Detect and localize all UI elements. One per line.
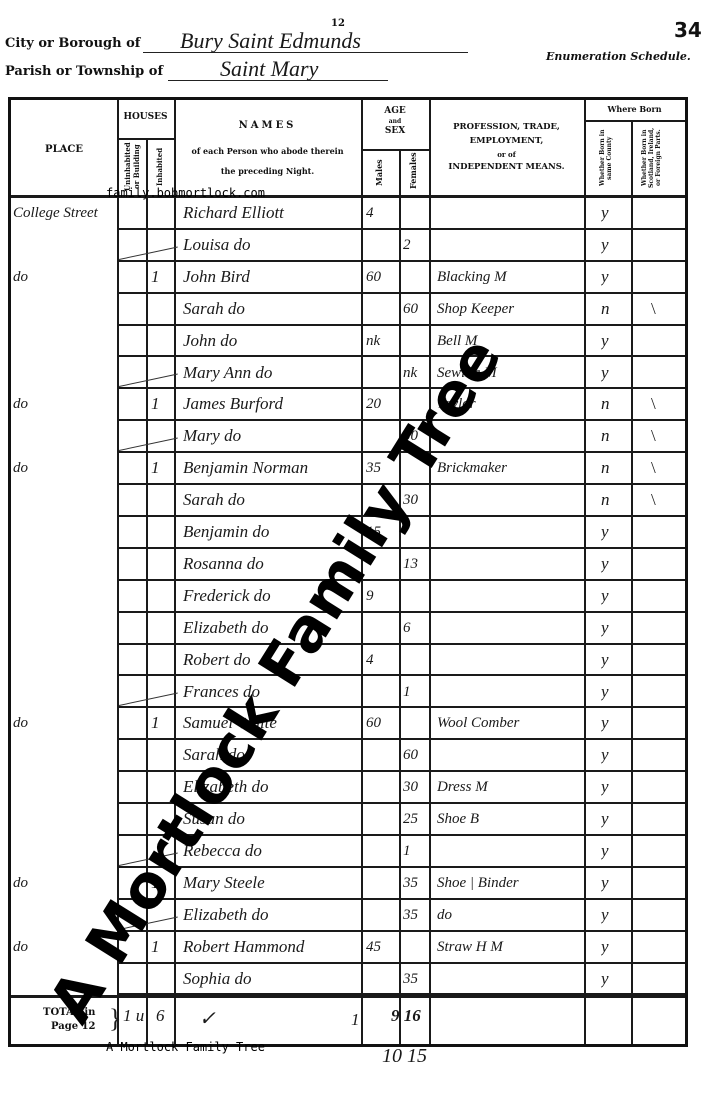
female-age-cell: 1 (403, 837, 429, 865)
female-age-cell (403, 646, 429, 674)
col-where-born: Where Born (584, 104, 685, 114)
born-foreign-cell (651, 199, 681, 227)
place-cell (13, 231, 113, 259)
place-cell (13, 773, 113, 801)
male-age-cell: 20 (366, 390, 399, 418)
born-foreign-cell: \ (651, 454, 681, 482)
inhabited-cell: 1 (151, 709, 171, 737)
profession-cell: Blacking M (437, 263, 585, 291)
male-age-cell (366, 678, 399, 706)
female-age-cell (403, 263, 429, 291)
female-age-cell: 35 (403, 869, 429, 897)
col-females: Females (409, 152, 418, 190)
born-county-cell: y (601, 199, 631, 227)
table-row: do1James Burford20Taylorn\ (11, 388, 685, 419)
male-age-cell: 4 (366, 199, 399, 227)
table-row: Robert do4y (11, 644, 685, 675)
page-number: 34 (674, 18, 702, 42)
born-county-cell: y (601, 582, 631, 610)
born-foreign-cell (651, 741, 681, 769)
col-profession-4: INDEPENDENT MEANS. (429, 162, 584, 172)
watermark-url: family.bobmortlock.com (106, 186, 265, 200)
female-age-cell: 25 (403, 805, 429, 833)
female-age-cell (403, 933, 429, 961)
table-row: do1Benjamin Norman35Brickmakern\ (11, 452, 685, 483)
born-foreign-cell (651, 518, 681, 546)
male-age-cell (366, 901, 399, 929)
born-county-cell: y (601, 709, 631, 737)
female-age-cell: 60 (403, 295, 429, 323)
profession-cell (437, 646, 585, 674)
col-names-title: NAMES (174, 120, 361, 131)
born-foreign-cell: \ (651, 486, 681, 514)
table-row: Frances do1y (11, 676, 685, 707)
profession-cell: Shoe B (437, 805, 585, 833)
col-profession-3: or of (429, 150, 584, 159)
born-foreign-cell (651, 837, 681, 865)
col-names-sub2: the preceding Night. (174, 166, 361, 176)
profession-cell (437, 582, 585, 610)
place-cell: do (13, 869, 113, 897)
female-age-cell: 35 (403, 965, 429, 993)
born-county-cell: y (601, 741, 631, 769)
place-cell: do (13, 263, 113, 291)
col-sex: SEX (361, 126, 429, 136)
table-row: Sarah do60y (11, 739, 685, 770)
male-age-cell: 45 (366, 933, 399, 961)
female-age-cell (403, 199, 429, 227)
male-age-cell (366, 869, 399, 897)
born-county-cell: n (601, 454, 631, 482)
inhabited-cell (151, 965, 171, 993)
totals-males: 1 (351, 1010, 360, 1030)
inhabited-cell (151, 422, 171, 450)
place-cell (13, 518, 113, 546)
page-number-small: 12 (331, 18, 345, 29)
profession-cell (437, 486, 585, 514)
profession-cell (437, 518, 585, 546)
profession-cell: Dress M (437, 773, 585, 801)
born-foreign-cell (651, 327, 681, 355)
col-houses: HOUSES (117, 112, 174, 122)
born-foreign-cell (651, 678, 681, 706)
place-cell (13, 614, 113, 642)
profession-cell (437, 550, 585, 578)
profession-cell (437, 837, 585, 865)
female-age-cell: 2 (403, 231, 429, 259)
profession-cell: Wool Comber (437, 709, 585, 737)
born-foreign-cell: \ (651, 422, 681, 450)
female-age-cell (403, 327, 429, 355)
female-age-cell: 35 (403, 901, 429, 929)
parish-label: Parish or Township of (5, 64, 163, 79)
born-foreign-cell (651, 231, 681, 259)
watermark-bottom: A Mortlock Family Tree (106, 1040, 265, 1054)
col-profession-2: EMPLOYMENT, (429, 136, 584, 146)
table-row: Elizabeth do30Dress My (11, 771, 685, 802)
born-foreign-cell (651, 773, 681, 801)
col-males: Males (375, 156, 384, 190)
place-cell (13, 550, 113, 578)
table-row: Susan do25Shoe By (11, 803, 685, 834)
female-age-cell: 1 (403, 678, 429, 706)
born-county-cell: y (601, 550, 631, 578)
male-age-cell (366, 359, 399, 387)
parish-value: Saint Mary (220, 56, 318, 82)
table-row: Mary Ann donkSewing My (11, 357, 685, 388)
inhabited-cell (151, 518, 171, 546)
born-county-cell: y (601, 965, 631, 993)
col-born-foreign: Whether Born in Scotland, Ireland, or Fo… (641, 126, 671, 190)
schedule-label: Enumeration Schedule. (546, 50, 691, 63)
male-age-cell (366, 741, 399, 769)
male-age-cell (366, 805, 399, 833)
inhabited-cell (151, 614, 171, 642)
born-foreign-cell (651, 933, 681, 961)
born-foreign-cell (651, 359, 681, 387)
born-foreign-cell (651, 614, 681, 642)
inhabited-cell: 1 (151, 263, 171, 291)
born-county-cell: y (601, 837, 631, 865)
col-inhabited: Inhabited (155, 142, 164, 192)
place-cell (13, 582, 113, 610)
born-county-cell: y (601, 805, 631, 833)
born-foreign-cell (651, 646, 681, 674)
col-profession-1: PROFESSION, TRADE, (429, 122, 584, 132)
col-place: PLACE (11, 144, 117, 155)
female-age-cell: 13 (403, 550, 429, 578)
profession-cell (437, 741, 585, 769)
col-age-and: and (361, 118, 429, 125)
female-age-cell: 30 (403, 773, 429, 801)
born-foreign-cell (651, 901, 681, 929)
born-foreign-cell (651, 550, 681, 578)
born-county-cell: y (601, 869, 631, 897)
col-born-county: Whether Born in same County (599, 126, 613, 190)
inhabited-cell (151, 327, 171, 355)
totals-females: 9 16 (391, 1006, 421, 1026)
profession-cell (437, 678, 585, 706)
table-row: Sarah do60Shop Keepern\ (11, 293, 685, 324)
table-row: do1John Bird60Blacking My (11, 261, 685, 292)
born-county-cell: y (601, 933, 631, 961)
born-county-cell: y (601, 678, 631, 706)
born-county-cell: y (601, 231, 631, 259)
name-cell: Robert Hammond (183, 933, 361, 961)
born-county-cell: n (601, 295, 631, 323)
born-foreign-cell (651, 709, 681, 737)
born-foreign-cell (651, 869, 681, 897)
table-row: Louisa do2y (11, 229, 685, 260)
born-foreign-cell (651, 965, 681, 993)
male-age-cell (366, 614, 399, 642)
borough-label: City or Borough of (5, 36, 140, 51)
place-cell (13, 486, 113, 514)
name-cell: Sarah do (183, 295, 361, 323)
born-county-cell: y (601, 646, 631, 674)
place-cell (13, 837, 113, 865)
place-cell: do (13, 390, 113, 418)
born-county-cell: n (601, 390, 631, 418)
name-cell: Mary Steele (183, 869, 361, 897)
name-cell: Sophia do (183, 965, 361, 993)
inhabited-cell: 1 (151, 454, 171, 482)
female-age-cell (403, 582, 429, 610)
born-foreign-cell (651, 805, 681, 833)
table-row: Rebecca do1y (11, 835, 685, 866)
totals-names-check: ✓ (199, 1006, 216, 1031)
name-cell: John Bird (183, 263, 361, 291)
profession-cell: Shop Keeper (437, 295, 585, 323)
place-cell (13, 327, 113, 355)
born-county-cell: y (601, 614, 631, 642)
born-county-cell: y (601, 263, 631, 291)
age-subline (361, 149, 429, 151)
inhabited-cell (151, 741, 171, 769)
totals-below: 10 15 (382, 1045, 427, 1068)
male-age-cell (366, 965, 399, 993)
profession-cell (437, 231, 585, 259)
born-county-cell: y (601, 901, 631, 929)
male-age-cell: 4 (366, 646, 399, 674)
name-cell: Sarah do (183, 486, 361, 514)
profession-cell: Straw H M (437, 933, 585, 961)
born-foreign-cell: \ (651, 390, 681, 418)
table-row: Mary do30n\ (11, 420, 685, 451)
profession-cell (437, 199, 585, 227)
name-cell: Mary do (183, 422, 361, 450)
profession-cell: Brickmaker (437, 454, 585, 482)
inhabited-cell (151, 582, 171, 610)
name-cell: Richard Elliott (183, 199, 361, 227)
born-foreign-cell (651, 582, 681, 610)
male-age-cell (366, 295, 399, 323)
male-age-cell (366, 773, 399, 801)
born-county-cell: y (601, 327, 631, 355)
female-age-cell: 60 (403, 741, 429, 769)
profession-cell: Shoe | Binder (437, 869, 585, 897)
born-county-cell: n (601, 486, 631, 514)
born-county-cell: y (601, 518, 631, 546)
name-cell: Benjamin Norman (183, 454, 361, 482)
place-cell (13, 359, 113, 387)
born-foreign-cell: \ (651, 295, 681, 323)
place-cell (13, 741, 113, 769)
table-row: do1Samuel White60Wool Combery (11, 707, 685, 738)
born-county-cell: n (601, 422, 631, 450)
profession-cell: do (437, 901, 585, 929)
place-cell (13, 422, 113, 450)
inhabited-cell (151, 199, 171, 227)
col-uninhabited: Uninhabited or Building (123, 142, 141, 192)
inhabited-cell (151, 231, 171, 259)
profession-cell (437, 965, 585, 993)
profession-cell (437, 614, 585, 642)
place-cell (13, 646, 113, 674)
inhabited-cell (151, 295, 171, 323)
name-cell: Elizabeth do (183, 901, 361, 929)
born-county-cell: y (601, 359, 631, 387)
inhabited-cell: 1 (151, 390, 171, 418)
inhabited-cell (151, 678, 171, 706)
inhabited-cell (151, 550, 171, 578)
table-row: College StreetRichard Elliott4y (11, 197, 685, 228)
female-age-cell (403, 709, 429, 737)
whereborn-subline (584, 120, 685, 122)
houses-subline (117, 138, 174, 140)
totals-uninhabited: 1 u (123, 1006, 144, 1026)
male-age-cell: 60 (366, 709, 399, 737)
male-age-cell (366, 837, 399, 865)
female-age-cell: 6 (403, 614, 429, 642)
borough-value: Bury Saint Edmunds (180, 28, 361, 54)
born-county-cell: y (601, 773, 631, 801)
col-names-sub1: of each Person who abode therein (174, 146, 361, 156)
inhabited-cell (151, 359, 171, 387)
male-age-cell (366, 231, 399, 259)
male-age-cell: nk (366, 327, 399, 355)
born-foreign-cell (651, 263, 681, 291)
place-cell: do (13, 454, 113, 482)
col-age: AGE (361, 106, 429, 116)
totals-inhabited: 6 (156, 1006, 165, 1026)
male-age-cell: 60 (366, 263, 399, 291)
name-cell: James Burford (183, 390, 361, 418)
place-cell (13, 295, 113, 323)
name-cell: Mary Ann do (183, 359, 361, 387)
place-cell (13, 678, 113, 706)
place-cell (13, 805, 113, 833)
inhabited-cell (151, 486, 171, 514)
inhabited-cell (151, 646, 171, 674)
place-cell: do (13, 709, 113, 737)
name-cell: Louisa do (183, 231, 361, 259)
name-cell: John do (183, 327, 361, 355)
place-cell: College Street (13, 199, 113, 227)
table-row: John donkBell My (11, 325, 685, 356)
